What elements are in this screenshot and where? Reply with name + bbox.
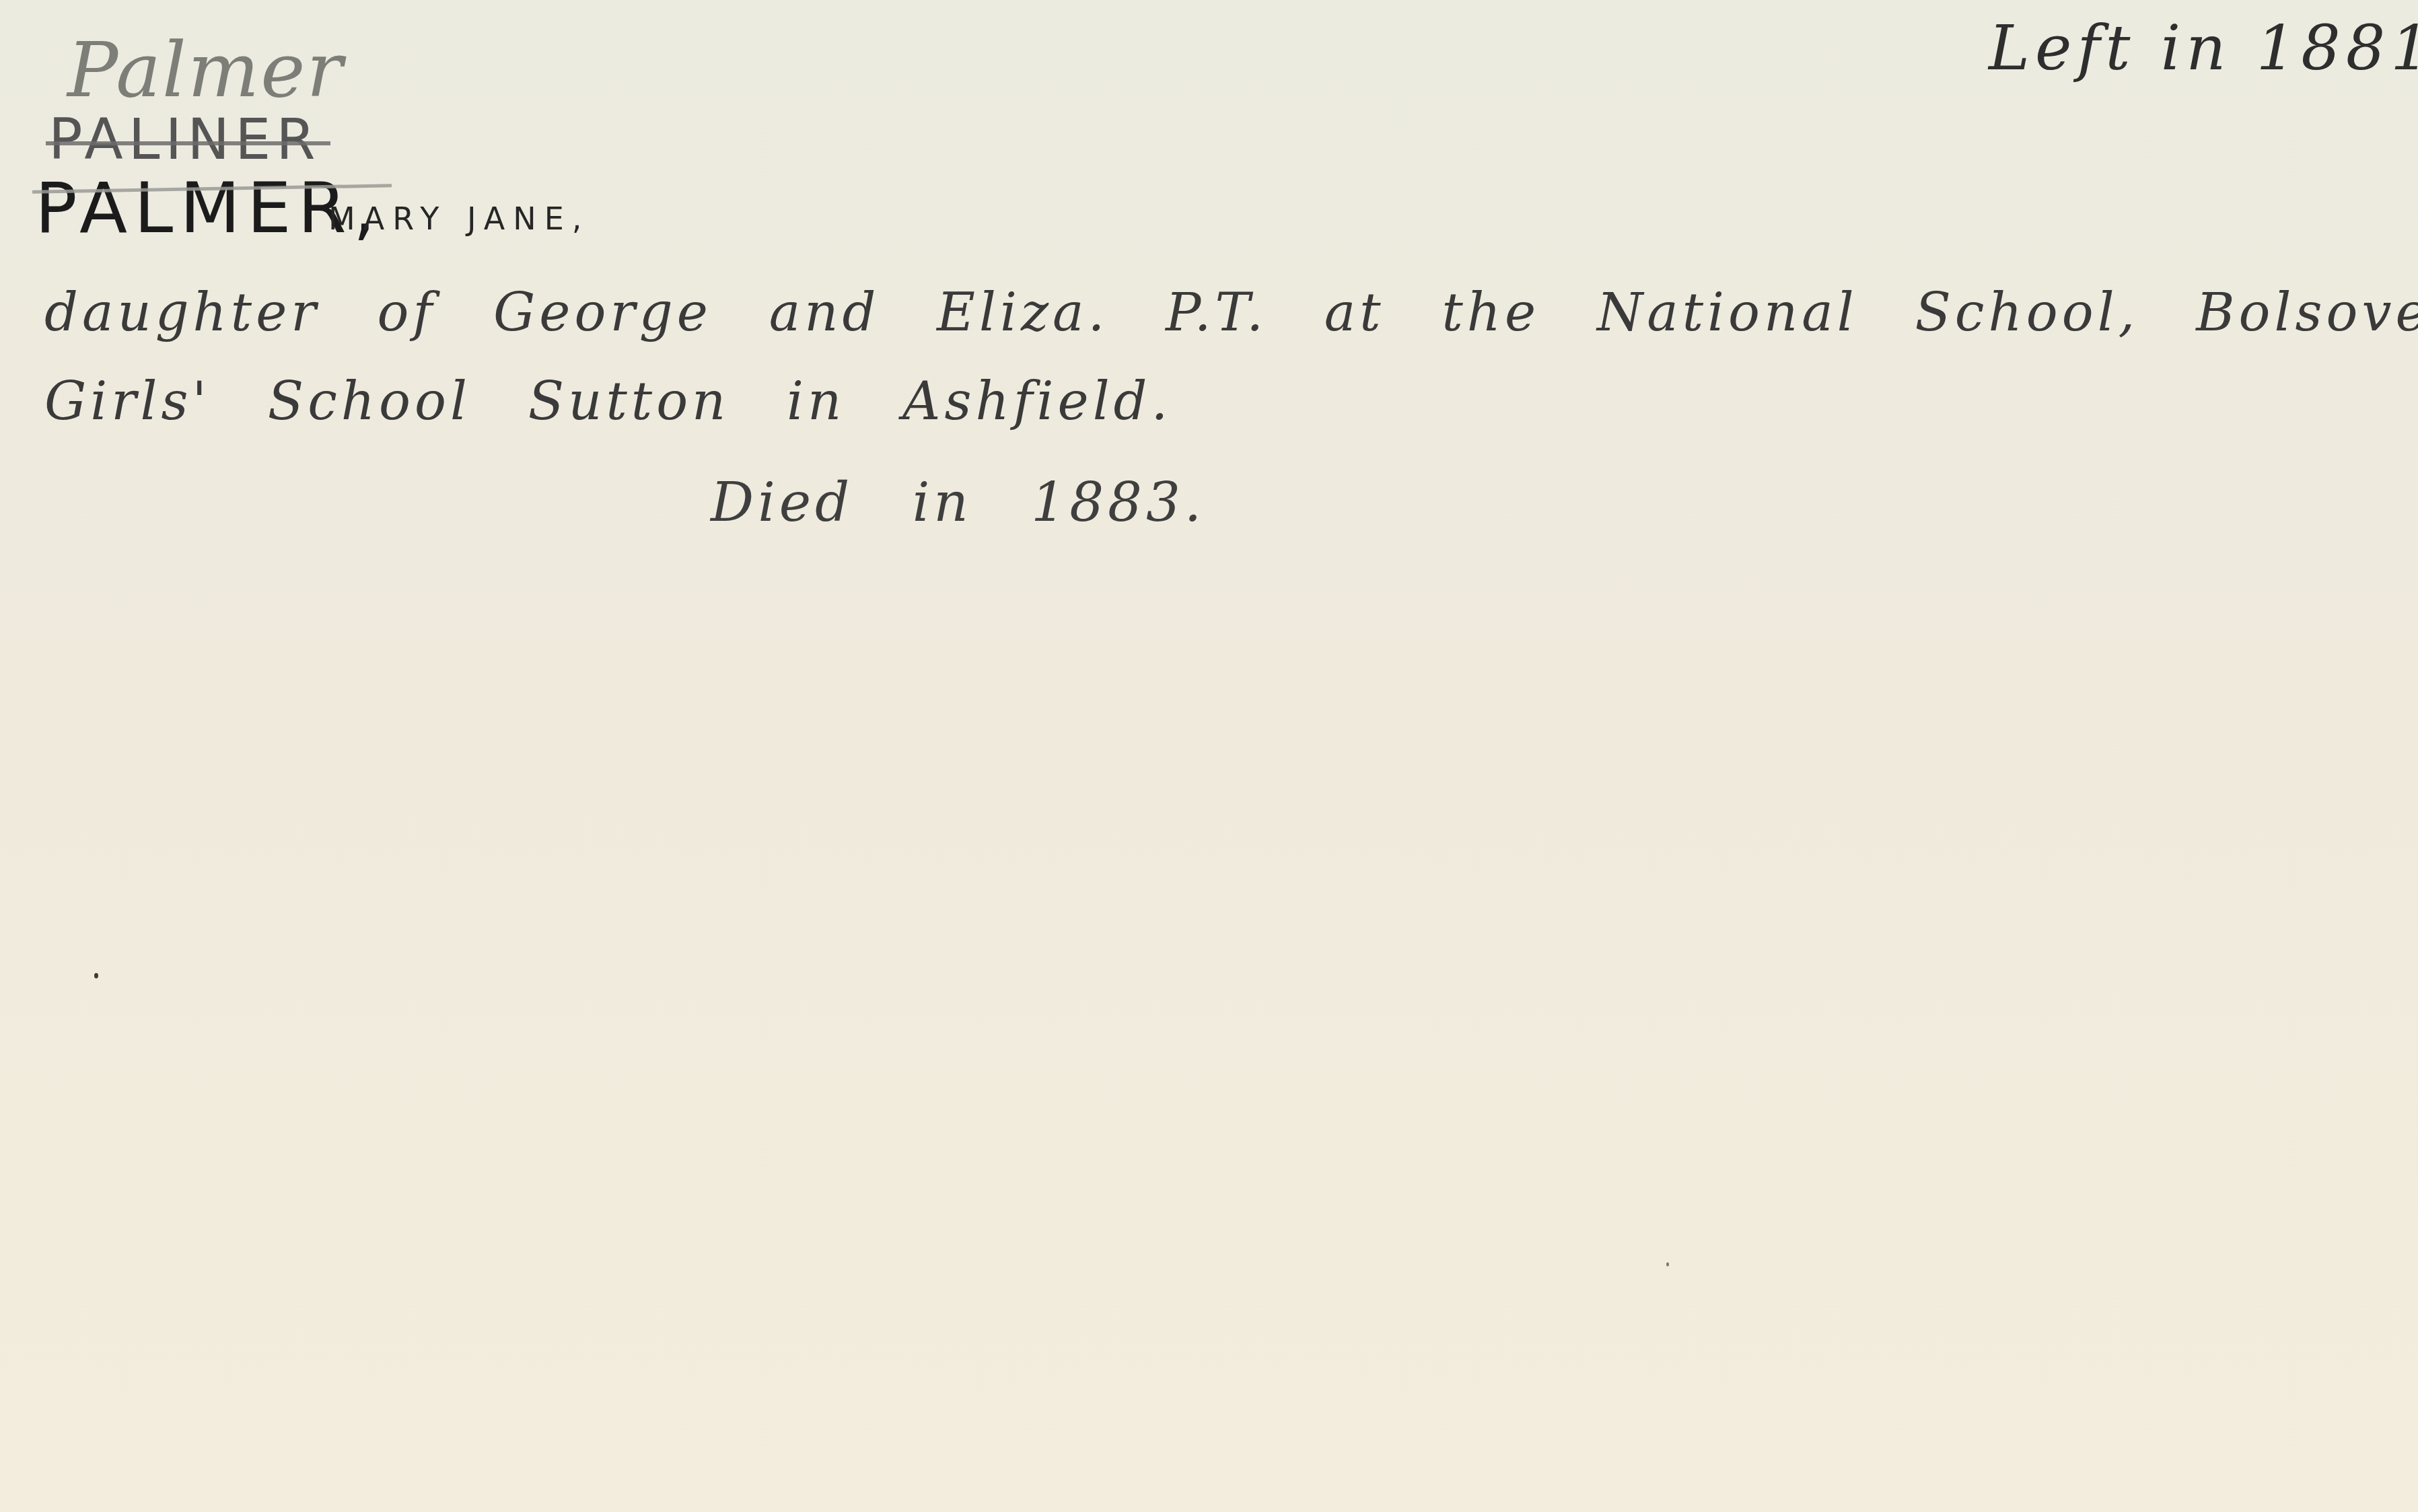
given-name-second: JANE, [467,201,590,237]
death-note: Died in 1883. [711,471,1205,534]
strikethrough-line [46,141,330,145]
struck-surname: PALINER [48,106,321,172]
pencil-surname-correction: Palmer [67,27,344,114]
struck-surname-text: PALINER [48,106,321,172]
record-card: Palmer PALINER PALMER, MARY JANE, Left i… [0,0,2418,1512]
biography-line-2: Girls' School Sutton in Ashfield. [44,371,1172,432]
paper-speck [94,973,98,978]
paper-speck [1666,1262,1669,1266]
given-name-first: MARY [328,201,447,237]
left-year-note: Left in 1881. [1989,12,2418,84]
biography-line-1: daughter of George and Eliza. P.T. at th… [44,283,2418,343]
